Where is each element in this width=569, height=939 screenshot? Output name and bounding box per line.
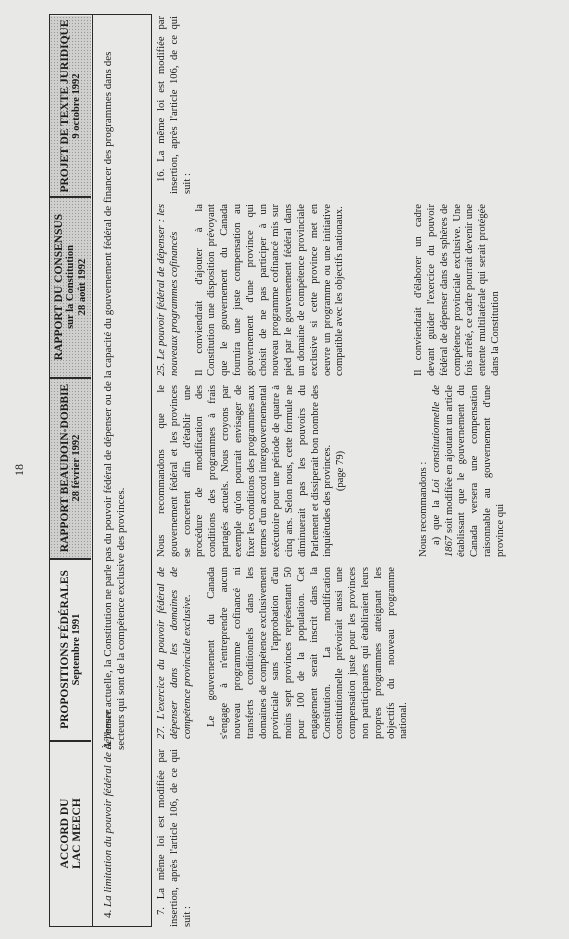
comparison-table: ACCORD DU LAC MEECH PROPOSITIONS FÉDÉRAL… bbox=[49, 14, 152, 927]
header-title: RAPPORT BEAUDOIN-DOBBIE bbox=[59, 384, 71, 552]
header-title: ACCORD DU bbox=[59, 799, 71, 869]
topic-row: 4. La limitation du pouvoir fédéral de d… bbox=[102, 28, 115, 918]
header-rapport-consensus: RAPPORT DU CONSENSUS sur la Constitution… bbox=[50, 197, 91, 377]
beaudoin-recommendation-intro: Nous recommandons : bbox=[418, 385, 431, 557]
beaudoin-paragraph: Nous recommandons que le gouvernement fé… bbox=[156, 385, 335, 557]
column-beaudoin-body: Nous recommandons que le gouvernement fé… bbox=[156, 385, 520, 557]
header-title: RAPPORT DU CONSENSUS bbox=[53, 214, 65, 360]
consensus-paragraph-1: Il conviendrait d'ajouter à la Constitut… bbox=[194, 204, 348, 376]
rec-a-prefix: a) que la bbox=[431, 500, 442, 545]
column-meech-body: 7. La même loi est modifiée par insertio… bbox=[156, 749, 206, 927]
federal-paragraph: Le gouvernement du Canada s'engage à n'e… bbox=[206, 567, 411, 739]
column-federal-body: 27. L'exercice du pouvoir fédéral de dép… bbox=[156, 567, 423, 739]
column-consensus-body: 25. Le pouvoir fédéral de dépenser : les… bbox=[156, 204, 515, 376]
topic-number: 4. bbox=[102, 910, 114, 918]
rec-a-text: soit modifiée en ajoutant un article éta… bbox=[444, 385, 506, 557]
table-header-row: ACCORD DU LAC MEECH PROPOSITIONS FÉDÉRAL… bbox=[50, 15, 93, 926]
beaudoin-recommendation-a: a) que la Loi constitutionnelle de 1867 … bbox=[431, 385, 508, 557]
topic-description: À l'heure actuelle, la Constitution ne p… bbox=[102, 30, 128, 750]
header-projet-texte-juridique: PROJET DE TEXTE JURIDIQUE 9 octobre 1992 bbox=[50, 16, 91, 196]
header-title: PROJET DE TEXTE JURIDIQUE bbox=[59, 19, 71, 192]
header-subtitle: 28 août 1992 bbox=[77, 259, 89, 316]
header-rapport-beaudoin-dobbie: RAPPORT BEAUDOIN-DOBBIE 28 février 1992 bbox=[50, 378, 91, 558]
page-number: 18 bbox=[12, 460, 27, 480]
header-title-line2: sur la Constitution bbox=[65, 245, 77, 329]
header-title: PROPOSITIONS FÉDÉRALES bbox=[59, 570, 71, 729]
header-subtitle: 28 février 1992 bbox=[71, 435, 83, 502]
beaudoin-page-reference: (page 79) bbox=[335, 385, 348, 557]
column-divider bbox=[50, 378, 91, 380]
column-divider bbox=[50, 741, 91, 743]
meech-paragraph: 7. La même loi est modifiée par insertio… bbox=[156, 749, 194, 927]
column-divider bbox=[50, 197, 91, 199]
header-accord-lac-meech: ACCORD DU LAC MEECH bbox=[50, 741, 91, 926]
column-projet-body: 16. La même loi est modifiée par inserti… bbox=[156, 16, 206, 194]
federal-heading: 27. L'exercice du pouvoir fédéral de dép… bbox=[156, 567, 194, 739]
header-subtitle: 9 octobre 1992 bbox=[71, 73, 83, 138]
projet-paragraph: 16. La même loi est modifiée par inserti… bbox=[156, 16, 194, 194]
consensus-paragraph-2: Il conviendrait d'élaborer un cadre deva… bbox=[413, 204, 503, 376]
header-title-line2: LAC MEECH bbox=[71, 798, 83, 869]
column-divider bbox=[50, 559, 91, 561]
document-page: 18 ACCORD DU LAC MEECH PROPOSITIONS FÉDÉ… bbox=[0, 0, 569, 939]
header-subtitle: Septembre 1991 bbox=[71, 614, 83, 686]
consensus-heading: 25. Le pouvoir fédéral de dépenser : les… bbox=[156, 204, 182, 376]
header-propositions-federales: PROPOSITIONS FÉDÉRALES Septembre 1991 bbox=[50, 559, 91, 740]
